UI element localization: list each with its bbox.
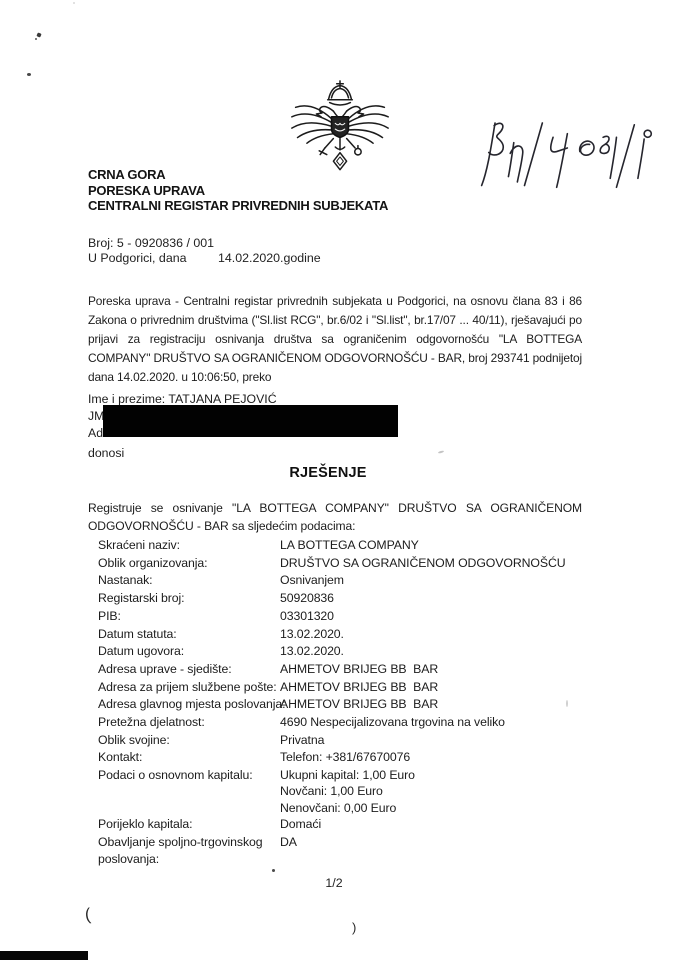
field-value: 13.02.2020. (280, 643, 598, 661)
field-label: Nastanak: (98, 572, 280, 590)
place-prefix: U Podgorici, dana (88, 251, 218, 265)
field-value: DA (280, 834, 598, 869)
table-row: Porijeklo kapitala:Domaći (98, 816, 598, 834)
field-value-line: Nenovčani: 0,00 Euro (280, 800, 598, 816)
decision-title: RJEŠENJE (88, 465, 580, 481)
details-table: Skraćeni naziv:LA BOTTEGA COMPANYOblik o… (98, 537, 598, 869)
scan-speck (73, 2, 75, 4)
org-header: CRNA GORA PORESKA UPRAVA CENTRALNI REGIS… (88, 167, 388, 214)
field-value: AHMETOV BRIJEG BB BAR (280, 661, 598, 679)
field-label: Oblik svojine: (98, 732, 280, 750)
field-label: Datum statuta: (98, 626, 280, 644)
field-label: Kontakt: (98, 749, 280, 767)
table-row: Adresa glavnog mjesta poslovanja:AHMETOV… (98, 696, 598, 714)
scan-speck (438, 450, 444, 453)
scan-speck (35, 38, 37, 40)
field-value: LA BOTTEGA COMPANY (280, 537, 598, 555)
document-date: 14.02.2020.godine (218, 251, 321, 265)
field-value: AHMETOV BRIJEG BB BAR (280, 696, 598, 714)
stray-paren-left: ( (84, 905, 92, 925)
table-row: Kontakt:Telefon: +381/67670076 (98, 749, 598, 767)
table-row: Pretežna djelatnost:4690 Nespecijalizova… (98, 714, 598, 732)
field-label: PIB: (98, 608, 280, 626)
table-row: Obavljanje spoljno-trgovinskog poslovanj… (98, 834, 598, 869)
table-row: Oblik organizovanja:DRUŠTVO SA OGRANIČEN… (98, 555, 598, 573)
scanned-document-page: { "colors": { "paper": "#ffffff", "ink":… (0, 0, 679, 960)
intro-paragraph: Poreska uprava - Centralni registar priv… (88, 292, 582, 387)
field-label: Registarski broj: (98, 590, 280, 608)
field-value: 50920836 (280, 590, 598, 608)
field-value: Ukupni kapital: 1,00 EuroNovčani: 1,00 E… (280, 767, 598, 816)
field-value: Domaći (280, 816, 598, 834)
place-date-line: U Podgorici, dana14.02.2020.godine (88, 251, 321, 265)
field-value: 4690 Nespecijalizovana trgovina na velik… (280, 714, 598, 732)
redaction-bar (103, 405, 398, 437)
field-value: Osnivanjem (280, 572, 598, 590)
field-value: DRUŠTVO SA OGRANIČENOM ODGOVORNOŠĆU (280, 555, 598, 573)
field-label: Porijeklo kapitala: (98, 816, 280, 834)
table-row: Skraćeni naziv:LA BOTTEGA COMPANY (98, 537, 598, 555)
field-value: 13.02.2020. (280, 626, 598, 644)
table-row: Podaci o osnovnom kapitalu:Ukupni kapita… (98, 767, 598, 816)
table-row: Nastanak:Osnivanjem (98, 572, 598, 590)
field-value: Privatna (280, 732, 598, 750)
case-number-line: Broj: 5 - 0920836 / 001 (88, 236, 214, 250)
field-label: Adresa za prijem službene pošte: (98, 679, 280, 697)
field-label: Adresa glavnog mjesta poslovanja: (98, 696, 280, 714)
field-label: Adresa uprave - sjedište: (98, 661, 280, 679)
table-row: PIB:03301320 (98, 608, 598, 626)
org-registry-line: CENTRALNI REGISTAR PRIVREDNIH SUBJEKATA (88, 198, 388, 214)
field-label: Oblik organizovanja: (98, 555, 280, 573)
field-label: Skraćeni naziv: (98, 537, 280, 555)
stray-paren-right: ) (352, 920, 356, 935)
field-value: Telefon: +381/67670076 (280, 749, 598, 767)
scan-speck (36, 32, 41, 37)
table-row: Adresa uprave - sjedište:AHMETOV BRIJEG … (98, 661, 598, 679)
org-country-line: CRNA GORA (88, 167, 388, 183)
page-number: 1/2 (88, 876, 580, 890)
table-row: Datum statuta:13.02.2020. (98, 626, 598, 644)
table-row: Oblik svojine:Privatna (98, 732, 598, 750)
scan-speck (272, 869, 275, 872)
donosi-line: donosi (88, 446, 124, 460)
scan-speck (566, 700, 568, 707)
table-row: Adresa za prijem službene pošte:AHMETOV … (98, 679, 598, 697)
table-row: Datum ugovora:13.02.2020. (98, 643, 598, 661)
field-label: Datum ugovora: (98, 643, 280, 661)
org-authority-line: PORESKA UPRAVA (88, 183, 388, 199)
field-label: Pretežna djelatnost: (98, 714, 280, 732)
table-row: Registarski broj:50920836 (98, 590, 598, 608)
field-label: Podaci o osnovnom kapitalu: (98, 767, 280, 816)
scan-artifact-bar (0, 951, 88, 960)
field-value: 03301320 (280, 608, 598, 626)
handwritten-number-annotation (468, 98, 656, 198)
field-value: AHMETOV BRIJEG BB BAR (280, 679, 598, 697)
field-value-line: Ukupni kapital: 1,00 Euro (280, 767, 598, 783)
field-label: Obavljanje spoljno-trgovinskog poslovanj… (98, 834, 280, 869)
field-value-line: Novčani: 1,00 Euro (280, 783, 598, 799)
montenegro-coat-of-arms-icon (286, 79, 394, 181)
scan-speck (27, 73, 31, 76)
register-paragraph: Registruje se osnivanje "LA BOTTEGA COMP… (88, 499, 582, 535)
